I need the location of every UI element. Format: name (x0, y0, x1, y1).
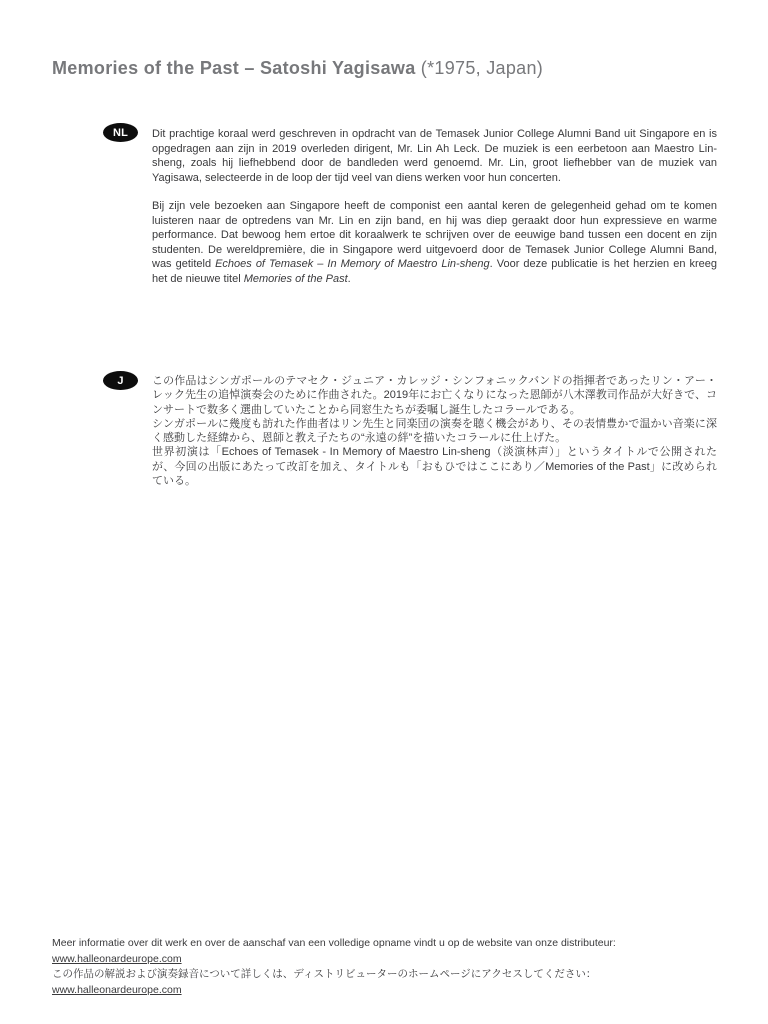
language-badge-japanese: J (103, 371, 138, 390)
distributor-link-inline[interactable]: www.halleonardeurope.com (52, 953, 182, 965)
footer-link-line: www.halleonardeurope.com (52, 983, 718, 999)
footer-line-dutch: Meer informatie over dit werk en over de… (52, 936, 718, 967)
text-segment: Meer informatie over dit werk en over de… (52, 937, 616, 949)
japanese-paragraph-3: 世界初演は「Echoes of Temasek - In Memory of M… (152, 445, 717, 488)
footer: Meer informatie over dit werk en over de… (52, 936, 718, 998)
composer-details: (*1975, Japan) (416, 58, 544, 78)
program-notes-page: Memories of the Past – Satoshi Yagisawa … (0, 0, 768, 1024)
japanese-paragraph-1: この作品はシンガポールのテマセク・ジュニア・カレッジ・シンフォニックバンドの指揮… (152, 374, 717, 417)
distributor-link[interactable]: www.halleonardeurope.com (52, 984, 182, 996)
work-title: Memories of the Past – Satoshi Yagisawa (52, 58, 416, 78)
dutch-text-block: Dit prachtige koraal werd geschreven in … (152, 127, 717, 300)
footer-line-japanese: この作品の解説および演奏録音について詳しくは、ディストリビューターのホームページ… (52, 967, 718, 983)
dutch-paragraph-1: Dit prachtige koraal werd geschreven in … (152, 127, 717, 185)
language-badge-nl: NL (103, 123, 138, 142)
dutch-paragraph-2: Bij zijn vele bezoeken aan Singapore hee… (152, 199, 717, 286)
text-segment: Memories of the Past (244, 273, 348, 285)
text-segment: . (348, 273, 351, 285)
japanese-paragraph-2: シンガポールに幾度も訪れた作曲者はリン先生と同楽団の演奏を聴く機会があり、その表… (152, 417, 717, 446)
text-segment: Echoes of Temasek – In Memory of Maestro… (215, 258, 490, 270)
japanese-text-block: この作品はシンガポールのテマセク・ジュニア・カレッジ・シンフォニックバンドの指揮… (152, 374, 717, 488)
page-title: Memories of the Past – Satoshi Yagisawa … (52, 57, 543, 79)
